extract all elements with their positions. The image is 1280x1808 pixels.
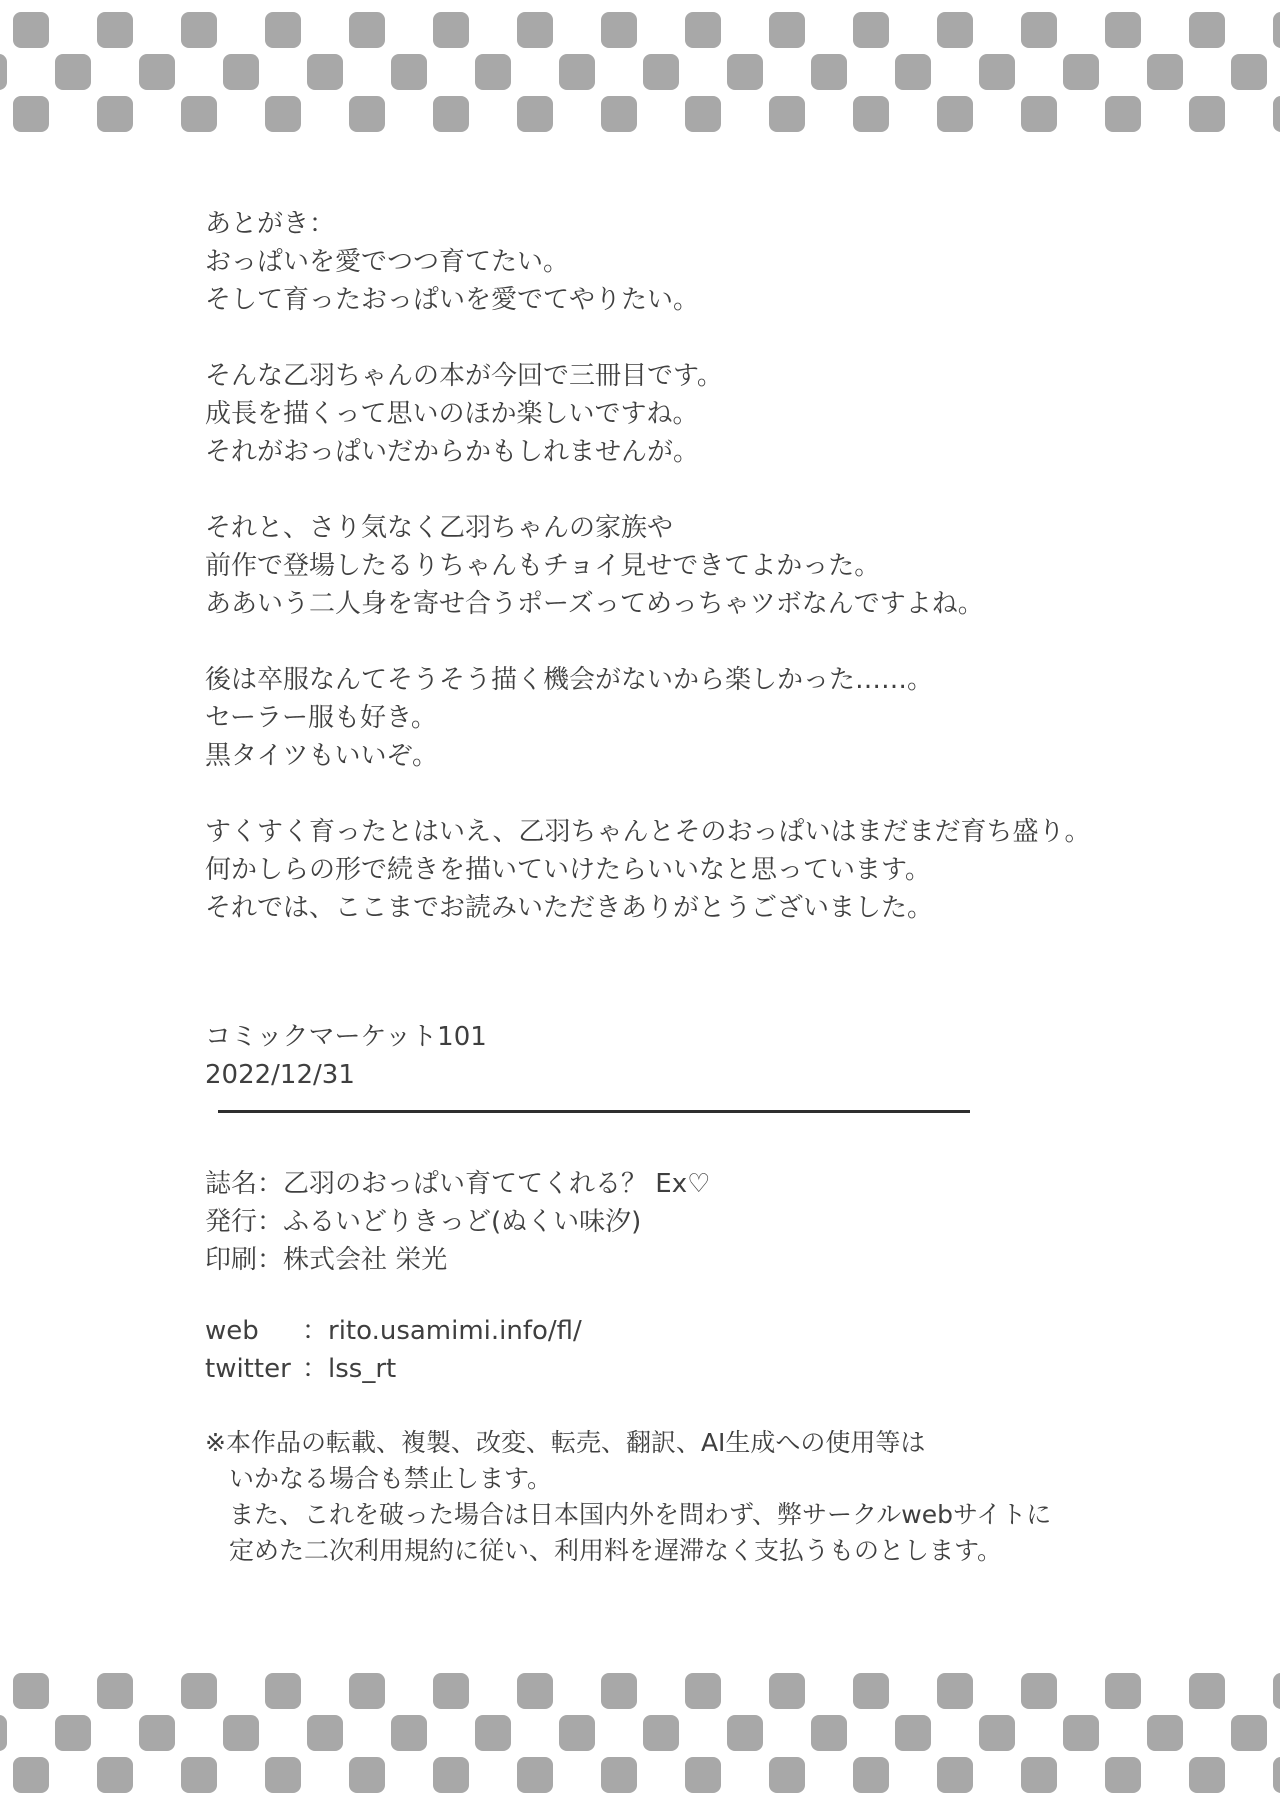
colophon-publisher-line: 発行：ふるいどりきっど(ぬくい味汐)	[205, 1203, 710, 1241]
checker-square	[223, 54, 259, 90]
checker-square	[643, 54, 679, 90]
checker-square	[13, 96, 49, 132]
checker-square	[307, 54, 343, 90]
checker-square	[13, 12, 49, 48]
checker-square	[349, 96, 385, 132]
disclaimer-line: いかなる場合も禁止します。	[205, 1461, 1051, 1497]
contact-twitter-row: twitter：lss_rt	[205, 1350, 582, 1388]
checker-border-bottom	[0, 1661, 1280, 1796]
checker-square	[265, 96, 301, 132]
checker-square	[853, 12, 889, 48]
checker-square	[895, 54, 931, 90]
colophon-printer-line: 印刷：株式会社 栄光	[205, 1241, 710, 1279]
checker-square	[1189, 1673, 1225, 1709]
checker-square	[1063, 54, 1099, 90]
checker-square	[937, 12, 973, 48]
afterword-line: 何かしらの形で続きを描いていけたらいいなと思っています。	[205, 851, 1091, 889]
checker-square	[433, 1757, 469, 1793]
checker-square	[1021, 1673, 1057, 1709]
afterword-line: そんな乙羽ちゃんの本が今回で三冊目です。	[205, 357, 1091, 395]
checker-square	[769, 12, 805, 48]
contact-twitter-label: twitter	[205, 1350, 302, 1388]
checker-square	[1021, 12, 1057, 48]
checker-square	[517, 1673, 553, 1709]
afterword-line: そして育ったおっぱいを愛でてやりたい。	[205, 281, 1091, 319]
checker-square	[0, 54, 7, 90]
checker-square	[559, 1715, 595, 1751]
checker-square	[811, 54, 847, 90]
checker-square	[1021, 1757, 1057, 1793]
afterword-paragraph: そんな乙羽ちゃんの本が今回で三冊目です。 成長を描くって思いのほか楽しいですね。…	[205, 357, 1091, 471]
checker-square	[559, 54, 595, 90]
checker-square	[139, 1715, 175, 1751]
checker-square	[1147, 54, 1183, 90]
checker-square	[1189, 1757, 1225, 1793]
disclaimer-line: また、これを破った場合は日本国内外を問わず、弊サークルwebサイトに	[205, 1497, 1051, 1533]
checker-square	[769, 1673, 805, 1709]
afterword-line: すくすく育ったとはいえ、乙羽ちゃんとそのおっぱいはまだまだ育ち盛り。	[205, 813, 1091, 851]
checker-square	[181, 1673, 217, 1709]
contact-web-row: web：rito.usamimi.info/fl/	[205, 1312, 582, 1350]
contact-web-label: web	[205, 1312, 302, 1350]
checker-square	[1273, 1757, 1280, 1793]
checker-square	[685, 1673, 721, 1709]
checker-square	[979, 54, 1015, 90]
checker-square	[181, 96, 217, 132]
checker-square	[13, 1673, 49, 1709]
disclaimer-section: ※本作品の転載、複製、改変、転売、翻訳、AI生成への使用等は いかなる場合も禁止…	[205, 1425, 1051, 1569]
checker-square	[979, 1715, 1015, 1751]
afterword-line: セーラー服も好き。	[205, 699, 1091, 737]
checker-square	[1063, 1715, 1099, 1751]
checker-square	[1105, 1757, 1141, 1793]
afterword-paragraph: すくすく育ったとはいえ、乙羽ちゃんとそのおっぱいはまだまだ育ち盛り。 何かしらの…	[205, 813, 1091, 927]
checker-square	[97, 1757, 133, 1793]
checker-square	[475, 54, 511, 90]
checker-square	[181, 1757, 217, 1793]
event-block: コミックマーケット101 2022/12/31	[205, 1018, 487, 1094]
checker-square	[97, 12, 133, 48]
checker-square	[349, 12, 385, 48]
checker-square	[433, 96, 469, 132]
checker-square	[1105, 96, 1141, 132]
checker-square	[55, 1715, 91, 1751]
checker-square	[601, 12, 637, 48]
afterword-section: あとがき： おっぱいを愛でつつ育てたい。 そして育ったおっぱいを愛でてやりたい。…	[205, 205, 1091, 927]
checker-square	[307, 1715, 343, 1751]
checker-square	[223, 1715, 259, 1751]
checker-square	[811, 1715, 847, 1751]
afterword-line: それでは、ここまでお読みいただきありがとうございました。	[205, 889, 1091, 927]
afterword-line: 黒タイツもいいぞ。	[205, 737, 1091, 775]
checker-square	[1105, 1673, 1141, 1709]
checker-square	[769, 96, 805, 132]
checker-square	[349, 1673, 385, 1709]
checker-square	[937, 1673, 973, 1709]
checker-square	[853, 1757, 889, 1793]
checker-square	[265, 1673, 301, 1709]
checker-square	[1147, 1715, 1183, 1751]
afterword-page: あとがき： おっぱいを愛でつつ育てたい。 そして育ったおっぱいを愛でてやりたい。…	[0, 0, 1280, 1808]
afterword-line: ああいう二人身を寄せ合うポーズってめっちゃツボなんですよね。	[205, 585, 1091, 623]
checker-square	[1021, 96, 1057, 132]
checker-square	[685, 12, 721, 48]
checker-square	[97, 1673, 133, 1709]
checker-square	[937, 96, 973, 132]
checker-square	[13, 1757, 49, 1793]
checker-square	[181, 12, 217, 48]
checker-square	[433, 12, 469, 48]
afterword-line: 後は卒服なんてそうそう描く機会がないから楽しかった……。	[205, 661, 1091, 699]
contact-separator: ：	[302, 1350, 328, 1388]
checker-square	[727, 54, 763, 90]
checker-square	[391, 54, 427, 90]
checker-square	[853, 96, 889, 132]
event-date: 2022/12/31	[205, 1056, 487, 1094]
colophon-section: 誌名：乙羽のおっぱい育ててくれる？ Ex♡ 発行：ふるいどりきっど(ぬくい味汐)…	[205, 1165, 710, 1279]
checker-square	[55, 54, 91, 90]
checker-square	[1273, 1673, 1280, 1709]
checker-square	[0, 1715, 7, 1751]
afterword-line: おっぱいを愛でつつ育てたい。	[205, 243, 1091, 281]
checker-square	[1105, 12, 1141, 48]
checker-square	[1273, 96, 1280, 132]
afterword-paragraph: それと、さり気なく乙羽ちゃんの家族や 前作で登場したるりちゃんもチョイ見せできて…	[205, 509, 1091, 623]
checker-square	[139, 54, 175, 90]
event-name: コミックマーケット101	[205, 1018, 487, 1056]
contact-section: web：rito.usamimi.info/fl/ twitter：lss_rt	[205, 1312, 582, 1388]
checker-square	[853, 1673, 889, 1709]
contact-web-value: rito.usamimi.info/fl/	[328, 1312, 582, 1350]
checker-square	[265, 1757, 301, 1793]
checker-square	[391, 1715, 427, 1751]
checker-square	[517, 96, 553, 132]
checker-square	[475, 1715, 511, 1751]
checker-square	[265, 12, 301, 48]
disclaimer-line: 定めた二次利用規約に従い、利用料を遅滞なく支払うものとします。	[205, 1533, 1051, 1569]
checker-border-top	[0, 0, 1280, 135]
checker-square	[1231, 1715, 1267, 1751]
checker-square	[601, 1673, 637, 1709]
checker-square	[517, 12, 553, 48]
checker-square	[1231, 54, 1267, 90]
checker-square	[643, 1715, 679, 1751]
checker-square	[1189, 12, 1225, 48]
afterword-line: 成長を描くって思いのほか楽しいですね。	[205, 395, 1091, 433]
afterword-heading: あとがき：	[205, 205, 1091, 243]
checker-square	[727, 1715, 763, 1751]
checker-square	[685, 96, 721, 132]
checker-square	[601, 96, 637, 132]
afterword-line: 前作で登場したるりちゃんもチョイ見せできてよかった。	[205, 547, 1091, 585]
contact-separator: ：	[302, 1312, 328, 1350]
disclaimer-line: ※本作品の転載、複製、改変、転売、翻訳、AI生成への使用等は	[205, 1425, 1051, 1461]
afterword-paragraph: おっぱいを愛でつつ育てたい。 そして育ったおっぱいを愛でてやりたい。	[205, 243, 1091, 319]
checker-square	[895, 1715, 931, 1751]
checker-square	[1189, 96, 1225, 132]
divider-line	[218, 1110, 970, 1113]
contact-twitter-value: lss_rt	[328, 1350, 396, 1388]
checker-square	[517, 1757, 553, 1793]
afterword-line: それがおっぱいだからかもしれませんが。	[205, 433, 1091, 471]
checker-square	[349, 1757, 385, 1793]
checker-square	[769, 1757, 805, 1793]
checker-square	[601, 1757, 637, 1793]
afterword-paragraph: 後は卒服なんてそうそう描く機会がないから楽しかった……。 セーラー服も好き。 黒…	[205, 661, 1091, 775]
checker-square	[433, 1673, 469, 1709]
checker-square	[685, 1757, 721, 1793]
colophon-title-line: 誌名：乙羽のおっぱい育ててくれる？ Ex♡	[205, 1165, 710, 1203]
checker-square	[97, 96, 133, 132]
checker-square	[1273, 12, 1280, 48]
checker-square	[937, 1757, 973, 1793]
afterword-line: それと、さり気なく乙羽ちゃんの家族や	[205, 509, 1091, 547]
